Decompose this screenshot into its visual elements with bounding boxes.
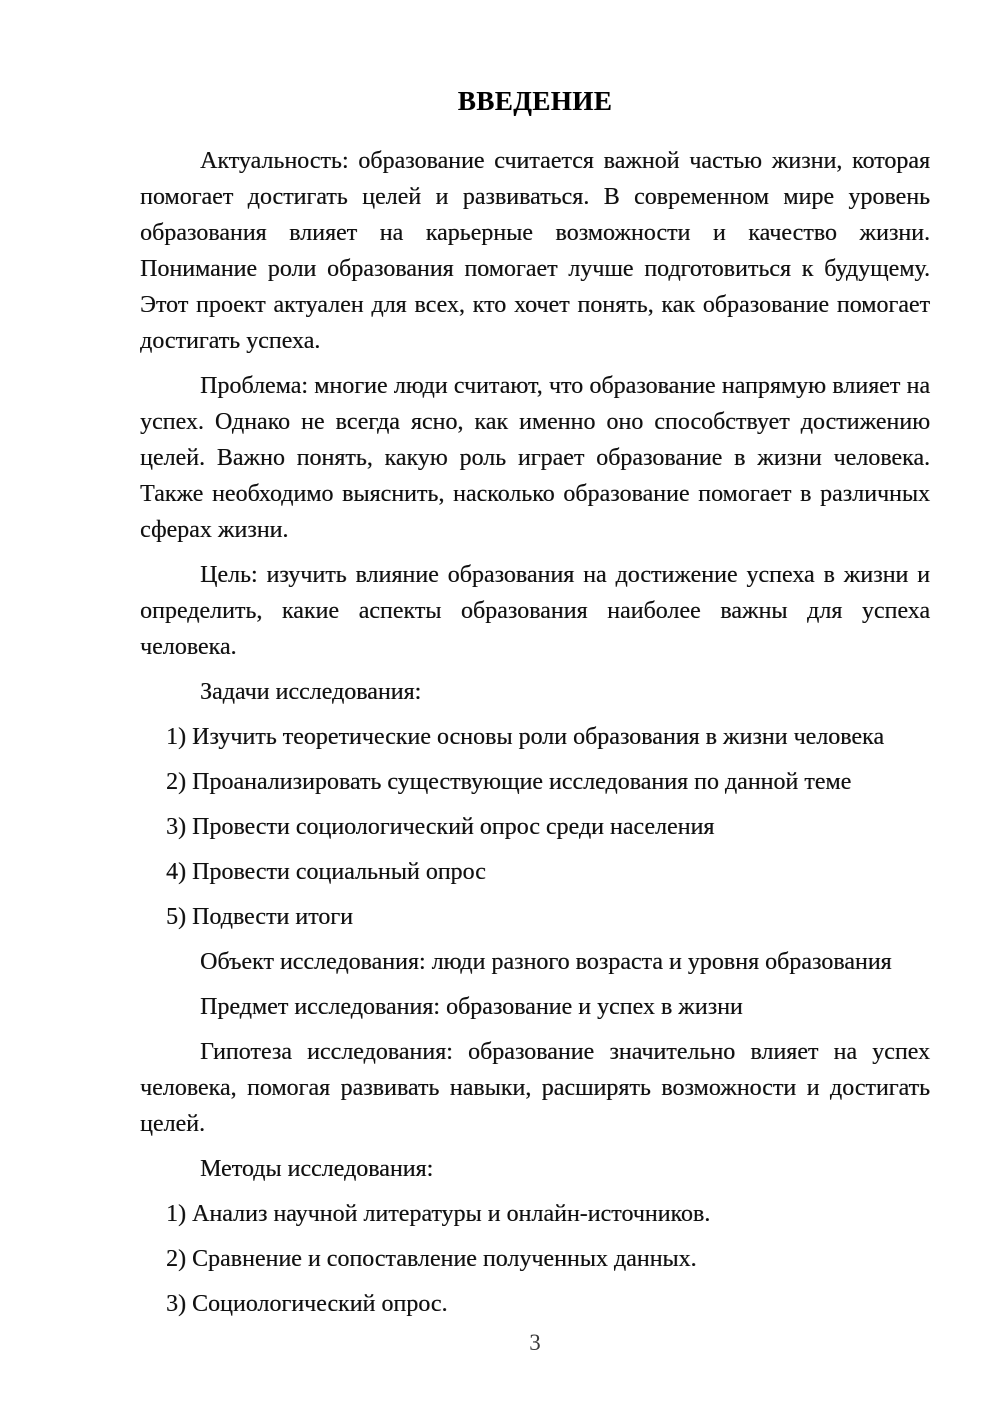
label-research-methods: Методы исследования:	[140, 1151, 930, 1187]
paragraph-relevance: Актуальность: образование считается важн…	[140, 143, 930, 359]
paragraph-goal: Цель: изучить влияние образования на дос…	[140, 557, 930, 665]
document-page: ВВЕДЕНИЕ Актуальность: образование счита…	[0, 0, 1000, 1414]
task-item-1: 1) Изучить теоретические основы роли обр…	[140, 719, 930, 755]
method-item-1: 1) Анализ научной литературы и онлайн-ис…	[140, 1196, 930, 1232]
task-item-5: 5) Подвести итоги	[140, 899, 930, 935]
page-number: 3	[140, 1330, 930, 1356]
page-title: ВВЕДЕНИЕ	[140, 86, 930, 117]
paragraph-research-object: Объект исследования: люди разного возрас…	[140, 944, 930, 980]
paragraph-research-subject: Предмет исследования: образование и успе…	[140, 989, 930, 1025]
task-item-3: 3) Провести социологический опрос среди …	[140, 809, 930, 845]
paragraph-hypothesis: Гипотеза исследования: образование значи…	[140, 1034, 930, 1142]
method-item-2: 2) Сравнение и сопоставление полученных …	[140, 1241, 930, 1277]
task-item-4: 4) Провести социальный опрос	[140, 854, 930, 890]
paragraph-problem: Проблема: многие люди считают, что образ…	[140, 368, 930, 548]
document-content: ВВЕДЕНИЕ Актуальность: образование счита…	[140, 86, 930, 1331]
method-item-3: 3) Социологический опрос.	[140, 1286, 930, 1322]
task-item-2: 2) Проанализировать существующие исследо…	[140, 764, 930, 800]
label-research-tasks: Задачи исследования:	[140, 674, 930, 710]
